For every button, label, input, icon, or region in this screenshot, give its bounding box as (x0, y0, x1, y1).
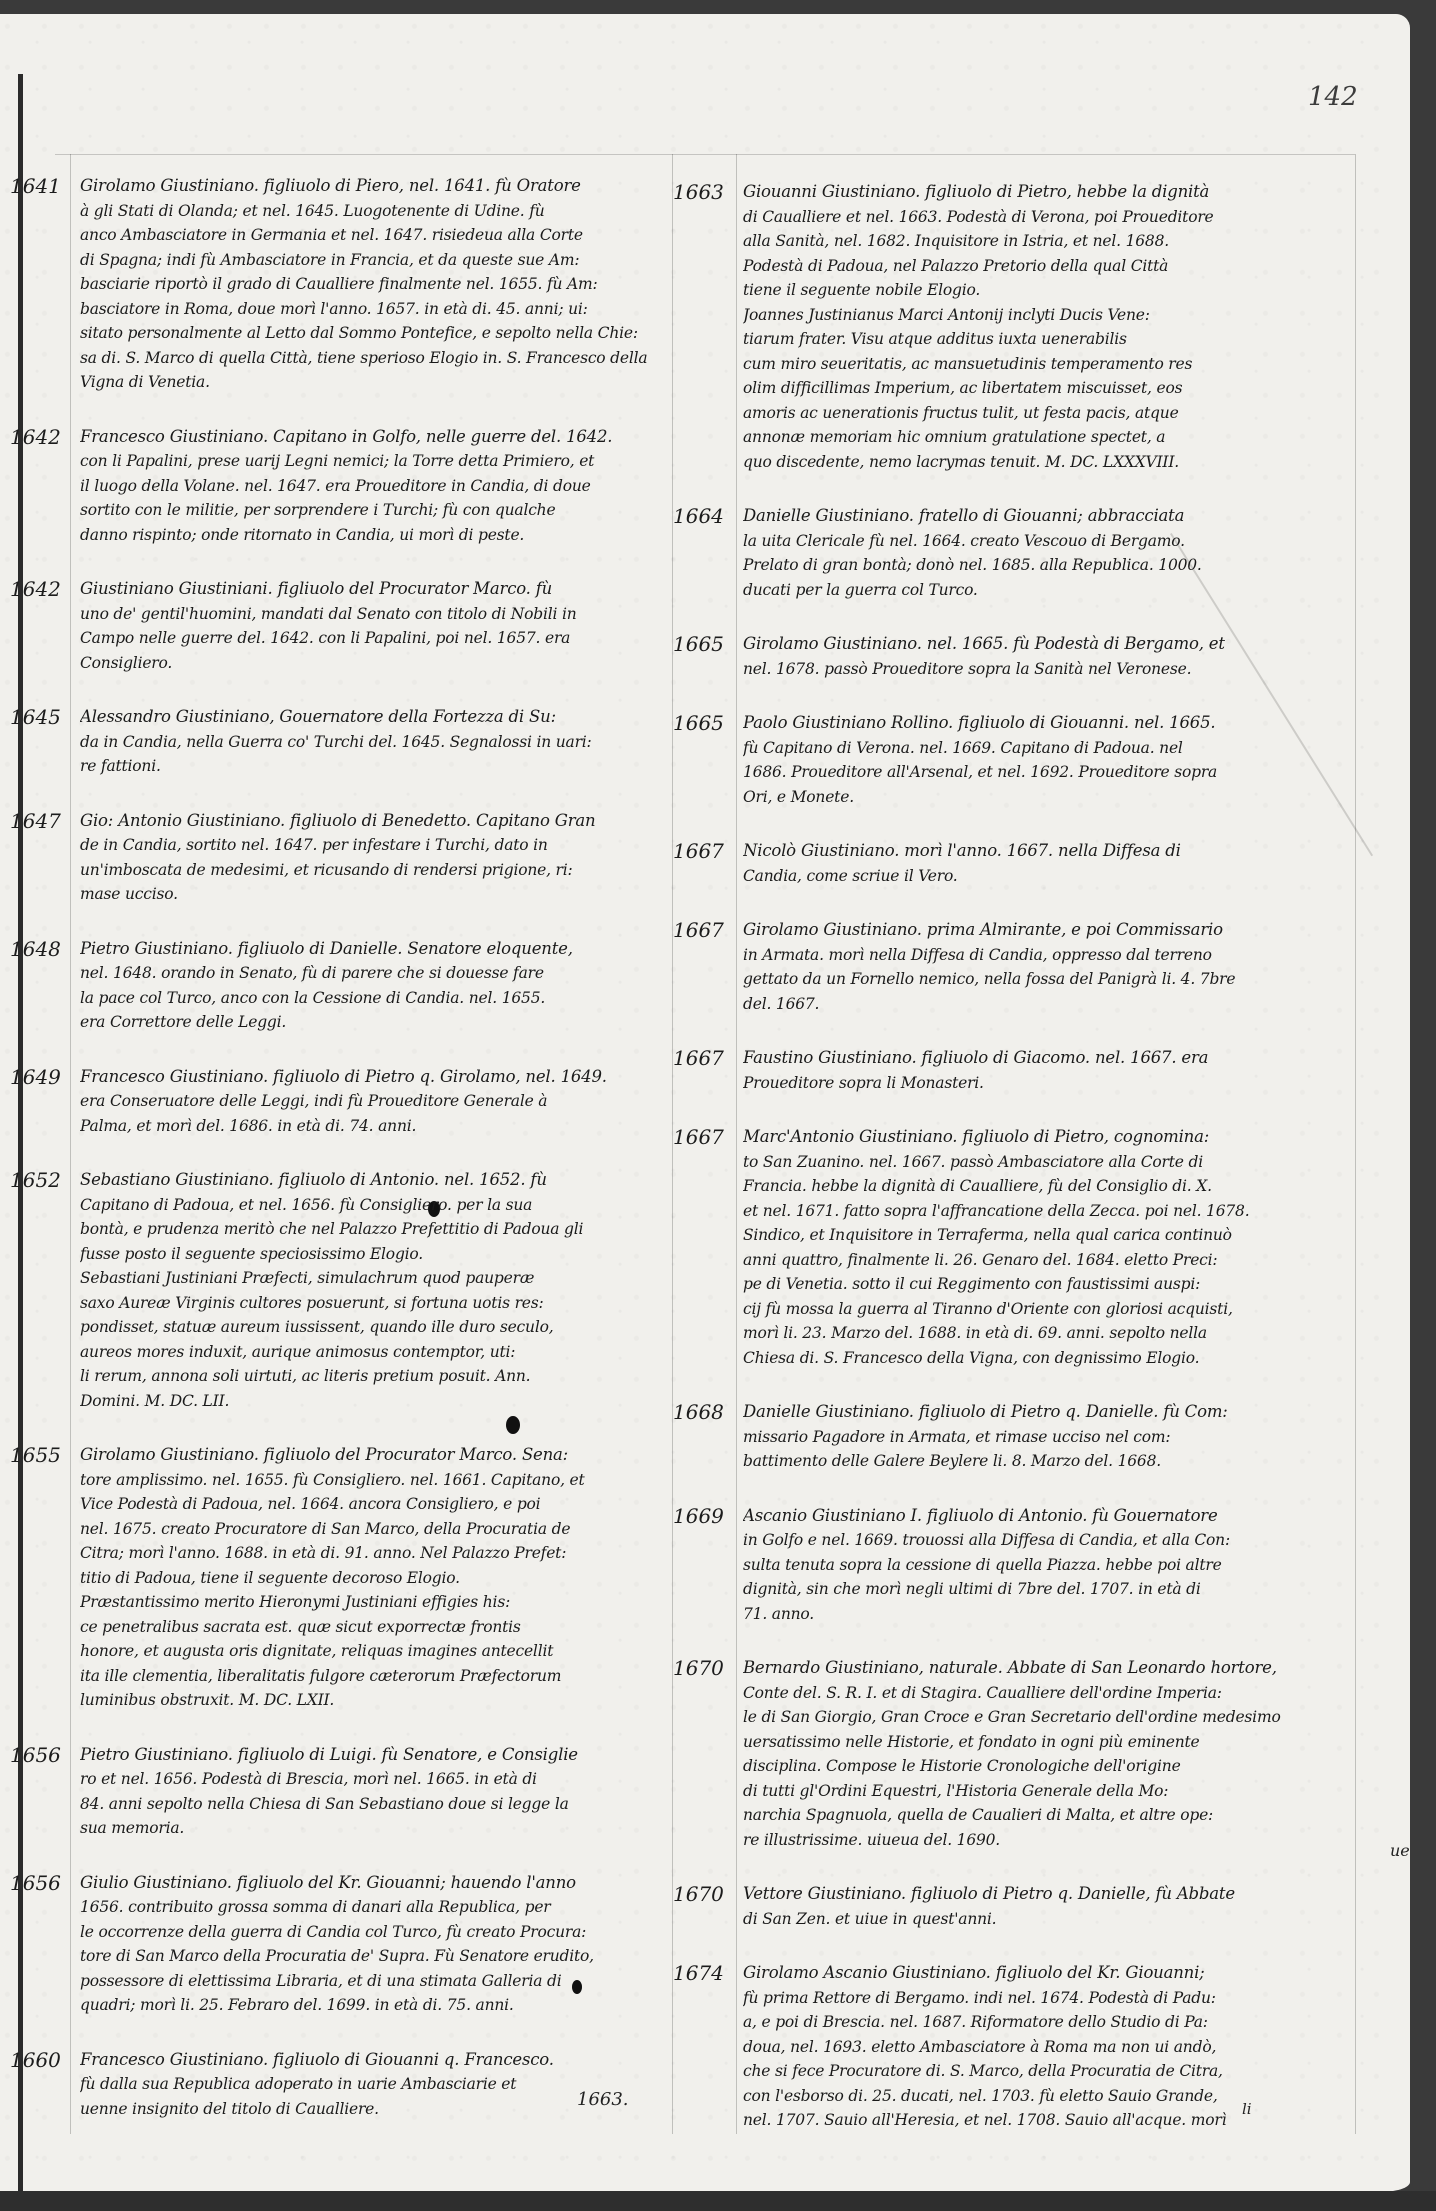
entry-line: a, e poi di Brescia. nel. 1687. Riformat… (743, 2010, 1363, 2035)
entry-line: Domini. M. DC. LII. (80, 1389, 675, 1414)
entry-line: battimento delle Galere Beylere li. 8. M… (743, 1449, 1363, 1474)
entry-year: 1668 (673, 1400, 735, 1424)
entry-year: 1648 (10, 937, 72, 961)
entry-year: 1649 (10, 1065, 72, 1089)
entry-line: 1686. Proueditore all'Arsenal, et nel. 1… (743, 760, 1363, 785)
chronicle-entry: 1667Marc'Antonio Giustiniano. figliuolo … (673, 1125, 1363, 1370)
entry-line: le occorrenze della guerra di Candia col… (80, 1920, 675, 1945)
entry-year: 1674 (673, 1961, 735, 1985)
entry-line: aureos mores induxit, aurique animosus c… (80, 1340, 675, 1365)
entry-year: 1665 (673, 632, 735, 656)
entry-line: uersatissimo nelle Historie, et fondato … (743, 1730, 1363, 1755)
left-column: 1641Girolamo Giustiniano. figliuolo di P… (10, 174, 675, 2151)
entry-line: fusse posto il seguente speciosissimo El… (80, 1242, 675, 1267)
bottom-fragment: li (1242, 2100, 1252, 2118)
entry-line: Marc'Antonio Giustiniano. figliuolo di P… (743, 1125, 1363, 1150)
entry-line: 71. anno. (743, 1602, 1363, 1627)
entry-line: Alessandro Giustiniano, Gouernatore dell… (80, 705, 675, 730)
entry-text: Francesco Giustiniano. figliuolo di Piet… (80, 1065, 675, 1139)
entry-line: Nicolò Giustiniano. morì l'anno. 1667. n… (743, 839, 1363, 864)
entry-line: cum miro seueritatis, ac mansuetudinis t… (743, 352, 1363, 377)
entry-line: mase ucciso. (80, 882, 675, 907)
entry-line: Francesco Giustiniano. figliuolo di Giou… (80, 2048, 675, 2073)
entry-text: Alessandro Giustiniano, Gouernatore dell… (80, 705, 675, 779)
entry-line: saxo Aureæ Virginis cultores posuerunt, … (80, 1291, 675, 1316)
entry-text: Francesco Giustiniano. Capitano in Golfo… (80, 425, 675, 548)
entry-line: honore, et augusta oris dignitate, reliq… (80, 1639, 675, 1664)
entry-line: in Golfo e nel. 1669. trouossi alla Diff… (743, 1528, 1363, 1553)
chronicle-entry: 1670Vettore Giustiniano. figliuolo di Pi… (673, 1882, 1363, 1931)
entry-year: 1647 (10, 809, 72, 833)
entry-line: basciarie riportò il grado di Caualliere… (80, 272, 675, 297)
chronicle-entry: 1656Pietro Giustiniano. figliuolo di Lui… (10, 1743, 675, 1841)
entry-line: Ascanio Giustiniano I. figliuolo di Anto… (743, 1504, 1363, 1529)
entry-year: 1663 (673, 180, 735, 204)
entry-line: Danielle Giustiniano. figliuolo di Pietr… (743, 1400, 1363, 1425)
chronicle-entry: 1660Francesco Giustiniano. figliuolo di … (10, 2048, 675, 2122)
entry-line: tore amplissimo. nel. 1655. fù Consiglie… (80, 1468, 675, 1493)
entry-line: cij fù mossa la guerra al Tiranno d'Orie… (743, 1297, 1363, 1322)
entry-year: 1656 (10, 1743, 72, 1767)
entry-line: Præstantissimo merito Hieronymi Justinia… (80, 1590, 675, 1615)
entry-year: 1655 (10, 1443, 72, 1467)
entry-text: Faustino Giustiniano. figliuolo di Giaco… (743, 1046, 1363, 1095)
entry-line: Danielle Giustiniano. fratello di Giouan… (743, 504, 1363, 529)
entry-year: 1664 (673, 504, 735, 528)
entry-line: narchia Spagnuola, quella de Caualieri d… (743, 1803, 1363, 1828)
chronicle-entry: 1670Bernardo Giustiniano, naturale. Abba… (673, 1656, 1363, 1852)
chronicle-entry: 1668Danielle Giustiniano. figliuolo di P… (673, 1400, 1363, 1474)
entry-line: era Conseruatore delle Leggi, indi fù Pr… (80, 1089, 675, 1114)
entry-text: Girolamo Giustiniano. figliuolo di Piero… (80, 174, 675, 395)
entry-year: 1667 (673, 1125, 735, 1149)
entry-line: luminibus obstruxit. M. DC. LXII. (80, 1688, 675, 1713)
entry-line: missario Pagadore in Armata, et rimase u… (743, 1425, 1363, 1450)
entry-line: anni quattro, finalmente li. 26. Genaro … (743, 1248, 1363, 1273)
entry-line: Paolo Giustiniano Rollino. figliuolo di … (743, 711, 1363, 736)
entry-line: nel. 1648. orando in Senato, fù di parer… (80, 961, 675, 986)
entry-line: Sebastiani Justiniani Præfecti, simulach… (80, 1266, 675, 1291)
entry-text: Sebastiano Giustiniano. figliuolo di Ant… (80, 1168, 675, 1413)
entry-line: era Correttore delle Leggi. (80, 1010, 675, 1035)
entry-line: Francia. hebbe la dignità di Caualliere,… (743, 1174, 1363, 1199)
chronicle-entry: 1645Alessandro Giustiniano, Gouernatore … (10, 705, 675, 779)
entry-line: Girolamo Giustiniano. figliuolo del Proc… (80, 1443, 675, 1468)
chronicle-entry: 1667Nicolò Giustiniano. morì l'anno. 166… (673, 839, 1363, 888)
entry-line: di Caualliere et nel. 1663. Podestà di V… (743, 205, 1363, 230)
entry-text: Nicolò Giustiniano. morì l'anno. 1667. n… (743, 839, 1363, 888)
entry-text: Girolamo Giustiniano. nel. 1665. fù Pode… (743, 632, 1363, 681)
margin-mark: ue (1390, 1841, 1410, 1860)
entry-year: 1670 (673, 1882, 735, 1906)
entry-line: gettato da un Fornello nemico, nella fos… (743, 967, 1363, 992)
chronicle-entry: 1642Giustiniano Giustiniani. figliuolo d… (10, 577, 675, 675)
entry-line: tiarum frater. Visu atque additus iuxta … (743, 327, 1363, 352)
entry-line: Ori, e Monete. (743, 785, 1363, 810)
entry-year: 1641 (10, 174, 72, 198)
entry-line: re fattioni. (80, 754, 675, 779)
entry-line: Capitano di Padoua, et nel. 1656. fù Con… (80, 1193, 675, 1218)
entry-line: Faustino Giustiniano. figliuolo di Giaco… (743, 1046, 1363, 1071)
chronicle-entry: 1674Girolamo Ascanio Giustiniano. figliu… (673, 1961, 1363, 2133)
entry-line: dignità, sin che morì negli ultimi di 7b… (743, 1577, 1363, 1602)
entry-year: 1642 (10, 425, 72, 449)
entry-year: 1665 (673, 711, 735, 735)
entry-year: 1667 (673, 1046, 735, 1070)
entry-line: Campo nelle guerre del. 1642. con li Pap… (80, 626, 675, 651)
entry-line: Chiesa di. S. Francesco della Vigna, con… (743, 1346, 1363, 1371)
folio-number: 142 (1308, 82, 1358, 112)
entry-text: Marc'Antonio Giustiniano. figliuolo di P… (743, 1125, 1363, 1370)
chronicle-entry: 1647Gio: Antonio Giustiniano. figliuolo … (10, 809, 675, 907)
chronicle-entry: 1652Sebastiano Giustiniano. figliuolo di… (10, 1168, 675, 1413)
entry-line: 1656. contribuito grossa somma di danari… (80, 1895, 675, 1920)
entry-year: 1652 (10, 1168, 72, 1192)
entry-line: in Armata. morì nella Diffesa di Candia,… (743, 943, 1363, 968)
entry-line: Giouanni Giustiniano. figliuolo di Pietr… (743, 180, 1363, 205)
entry-line: ducati per la guerra col Turco. (743, 578, 1363, 603)
entry-line: danno rispinto; onde ritornato in Candia… (80, 523, 675, 548)
catchword-note: 1663. (577, 2089, 629, 2110)
entry-text: Bernardo Giustiniano, naturale. Abbate d… (743, 1656, 1363, 1852)
chronicle-entry: 1664Danielle Giustiniano. fratello di Gi… (673, 504, 1363, 602)
entry-line: le di San Giorgio, Gran Croce e Gran Sec… (743, 1705, 1363, 1730)
entry-line: che si fece Procuratore di. S. Marco, de… (743, 2059, 1363, 2084)
entry-text: Ascanio Giustiniano I. figliuolo di Anto… (743, 1504, 1363, 1627)
entry-text: Giouanni Giustiniano. figliuolo di Pietr… (743, 180, 1363, 474)
entry-line: Giulio Giustiniano. figliuolo del Kr. Gi… (80, 1871, 675, 1896)
entry-line: Giustiniano Giustiniani. figliuolo del P… (80, 577, 675, 602)
entry-line: bontà, e prudenza meritò che nel Palazzo… (80, 1217, 675, 1242)
entry-text: Giulio Giustiniano. figliuolo del Kr. Gi… (80, 1871, 675, 2018)
entry-line: con li Papalini, prese uarij Legni nemic… (80, 449, 675, 474)
entry-year: 1660 (10, 2048, 72, 2072)
entry-line: Bernardo Giustiniano, naturale. Abbate d… (743, 1656, 1363, 1681)
entry-line: annonæ memoriam hic omnium gratulatione … (743, 425, 1363, 450)
entry-line: con l'esborso di. 25. ducati, nel. 1703.… (743, 2084, 1363, 2109)
chronicle-entry: 1663Giouanni Giustiniano. figliuolo di P… (673, 180, 1363, 474)
entry-line: de in Candia, sortito nel. 1647. per inf… (80, 833, 675, 858)
entry-line: ro et nel. 1656. Podestà di Brescia, mor… (80, 1767, 675, 1792)
entry-line: nel. 1675. creato Procuratore di San Mar… (80, 1517, 675, 1542)
entry-line: da in Candia, nella Guerra co' Turchi de… (80, 730, 675, 755)
chronicle-entry: 1656Giulio Giustiniano. figliuolo del Kr… (10, 1871, 675, 2018)
entry-line: Vettore Giustiniano. figliuolo di Pietro… (743, 1882, 1363, 1907)
entry-line: possessore di elettissima Libraria, et d… (80, 1969, 675, 1994)
entry-line: Consigliero. (80, 651, 675, 676)
entry-line: Gio: Antonio Giustiniano. figliuolo di B… (80, 809, 675, 834)
entry-line: basciatore in Roma, doue morì l'anno. 16… (80, 297, 675, 322)
entry-line: tiene il seguente nobile Elogio. (743, 278, 1363, 303)
entry-line: 84. anni sepolto nella Chiesa di San Seb… (80, 1792, 675, 1817)
entry-text: Giustiniano Giustiniani. figliuolo del P… (80, 577, 675, 675)
entry-text: Pietro Giustiniano. figliuolo di Daniell… (80, 937, 675, 1035)
entry-line: Joannes Justinianus Marci Antonij inclyt… (743, 303, 1363, 328)
entry-year: 1645 (10, 705, 72, 729)
entry-line: Sebastiano Giustiniano. figliuolo di Ant… (80, 1168, 675, 1193)
chronicle-entry: 1641Girolamo Giustiniano. figliuolo di P… (10, 174, 675, 395)
entry-text: Pietro Giustiniano. figliuolo di Luigi. … (80, 1743, 675, 1841)
entry-line: sa di. S. Marco di quella Città, tiene s… (80, 346, 675, 371)
entry-line: et nel. 1671. fatto sopra l'affrancation… (743, 1199, 1363, 1224)
entry-line: di tutti gl'Ordini Equestri, l'Historia … (743, 1779, 1363, 1804)
entry-line: di San Zen. et uiue in quest'anni. (743, 1907, 1363, 1932)
entry-line: Girolamo Giustiniano. figliuolo di Piero… (80, 174, 675, 199)
entry-line: Prelato di gran bontà; donò nel. 1685. a… (743, 553, 1363, 578)
entry-line: la pace col Turco, anco con la Cessione … (80, 986, 675, 1011)
entry-line: Candia, come scriue il Vero. (743, 864, 1363, 889)
entry-year: 1667 (673, 918, 735, 942)
entry-line: ce penetralibus sacrata est. quæ sicut e… (80, 1615, 675, 1640)
manuscript-page: 142 1641Girolamo Giustiniano. figliuolo … (0, 14, 1410, 2192)
entry-line: nel. 1678. passò Proueditore sopra la Sa… (743, 657, 1363, 682)
entry-year: 1669 (673, 1504, 735, 1528)
entry-line: Pietro Giustiniano. figliuolo di Daniell… (80, 937, 675, 962)
chronicle-entry: 1655Girolamo Giustiniano. figliuolo del … (10, 1443, 675, 1713)
entry-line: fù prima Rettore di Bergamo. indi nel. 1… (743, 1986, 1363, 2011)
chronicle-entry: 1665Girolamo Giustiniano. nel. 1665. fù … (673, 632, 1363, 681)
chronicle-entry: 1667Girolamo Giustiniano. prima Almirant… (673, 918, 1363, 1016)
entry-line: to San Zuanino. nel. 1667. passò Ambasci… (743, 1150, 1363, 1175)
entry-line: à gli Stati di Olanda; et nel. 1645. Luo… (80, 199, 675, 224)
entry-year: 1667 (673, 839, 735, 863)
entry-line: olim difficillimas Imperium, ac libertat… (743, 376, 1363, 401)
entry-line: quo discedente, nemo lacrymas tenuit. M.… (743, 450, 1363, 475)
entry-year: 1670 (673, 1656, 735, 1680)
scan-background-edge (0, 2191, 1436, 2211)
entry-line: un'imboscata de medesimi, et ricusando d… (80, 858, 675, 883)
entry-line: Francesco Giustiniano. Capitano in Golfo… (80, 425, 675, 450)
entry-line: tore di San Marco della Procuratia de' S… (80, 1944, 675, 1969)
entry-line: quadri; morì li. 25. Febraro del. 1699. … (80, 1993, 675, 2018)
entry-line: nel. 1707. Sauio all'Heresia, et nel. 17… (743, 2108, 1363, 2133)
entry-line: la uita Clericale fù nel. 1664. creato V… (743, 529, 1363, 554)
entry-text: Paolo Giustiniano Rollino. figliuolo di … (743, 711, 1363, 809)
entry-line: uno de' gentil'huomini, mandati dal Sena… (80, 602, 675, 627)
entry-line: sortito con le militie, per sorprendere … (80, 498, 675, 523)
entry-line: Francesco Giustiniano. figliuolo di Piet… (80, 1065, 675, 1090)
chronicle-entry: 1669Ascanio Giustiniano I. figliuolo di … (673, 1504, 1363, 1627)
entry-text: Danielle Giustiniano. fratello di Giouan… (743, 504, 1363, 602)
entry-line: Palma, et morì del. 1686. in età di. 74.… (80, 1114, 675, 1139)
entry-line: Conte del. S. R. I. et di Stagira. Caual… (743, 1681, 1363, 1706)
entry-line: Citra; morì l'anno. 1688. in età di. 91.… (80, 1541, 675, 1566)
chronicle-entry: 1648Pietro Giustiniano. figliuolo di Dan… (10, 937, 675, 1035)
entry-line: fù Capitano di Verona. nel. 1669. Capita… (743, 736, 1363, 761)
top-ruled-line (55, 154, 1355, 155)
entry-line: sulta tenuta sopra la cessione di quella… (743, 1553, 1363, 1578)
entry-line: sitato personalmente al Letto dal Sommo … (80, 321, 675, 346)
entry-line: li rerum, annona soli uirtuti, ac literi… (80, 1364, 675, 1389)
entry-line: Vice Podestà di Padoua, nel. 1664. ancor… (80, 1492, 675, 1517)
entry-line: morì li. 23. Marzo del. 1688. in età di.… (743, 1321, 1363, 1346)
entry-text: Girolamo Giustiniano. prima Almirante, e… (743, 918, 1363, 1016)
entry-line: ita ille clementia, liberalitatis fulgor… (80, 1664, 675, 1689)
entry-line: Vigna di Venetia. (80, 370, 675, 395)
chronicle-entry: 1642Francesco Giustiniano. Capitano in G… (10, 425, 675, 548)
entry-line: amoris ac uenerationis fructus tulit, ut… (743, 401, 1363, 426)
entry-line: alla Sanità, nel. 1682. Inquisitore in I… (743, 229, 1363, 254)
entry-line: Proueditore sopra li Monasteri. (743, 1071, 1363, 1096)
entry-line: Sindico, et Inquisitore in Terraferma, n… (743, 1223, 1363, 1248)
entry-text: Girolamo Giustiniano. figliuolo del Proc… (80, 1443, 675, 1713)
entry-text: Vettore Giustiniano. figliuolo di Pietro… (743, 1882, 1363, 1931)
chronicle-entry: 1667Faustino Giustiniano. figliuolo di G… (673, 1046, 1363, 1095)
entry-line: anco Ambasciatore in Germania et nel. 16… (80, 223, 675, 248)
entry-line: Girolamo Giustiniano. nel. 1665. fù Pode… (743, 632, 1363, 657)
entry-text: Girolamo Ascanio Giustiniano. figliuolo … (743, 1961, 1363, 2133)
entry-year: 1642 (10, 577, 72, 601)
entry-line: pe di Venetia. sotto il cui Reggimento c… (743, 1272, 1363, 1297)
entry-line: re illustrissime. uiueua del. 1690. (743, 1828, 1363, 1853)
entry-line: titio di Padoua, tiene il seguente decor… (80, 1566, 675, 1591)
entry-line: Girolamo Giustiniano. prima Almirante, e… (743, 918, 1363, 943)
entry-text: Gio: Antonio Giustiniano. figliuolo di B… (80, 809, 675, 907)
chronicle-entry: 1649Francesco Giustiniano. figliuolo di … (10, 1065, 675, 1139)
right-column: 1663Giouanni Giustiniano. figliuolo di P… (673, 180, 1363, 2163)
entry-text: Danielle Giustiniano. figliuolo di Pietr… (743, 1400, 1363, 1474)
entry-line: doua, nel. 1693. eletto Ambasciatore à R… (743, 2035, 1363, 2060)
chronicle-entry: 1665Paolo Giustiniano Rollino. figliuolo… (673, 711, 1363, 809)
entry-line: Pietro Giustiniano. figliuolo di Luigi. … (80, 1743, 675, 1768)
entry-line: sua memoria. (80, 1816, 675, 1841)
entry-line: disciplina. Compose le Historie Cronolog… (743, 1754, 1363, 1779)
entry-year: 1656 (10, 1871, 72, 1895)
entry-line: Podestà di Padoua, nel Palazzo Pretorio … (743, 254, 1363, 279)
entry-line: il luogo della Volane. nel. 1647. era Pr… (80, 474, 675, 499)
entry-line: Girolamo Ascanio Giustiniano. figliuolo … (743, 1961, 1363, 1986)
entry-line: pondisset, statuæ aureum iussissent, qua… (80, 1315, 675, 1340)
entry-line: del. 1667. (743, 992, 1363, 1017)
entry-line: di Spagna; indi fù Ambasciatore in Franc… (80, 248, 675, 273)
